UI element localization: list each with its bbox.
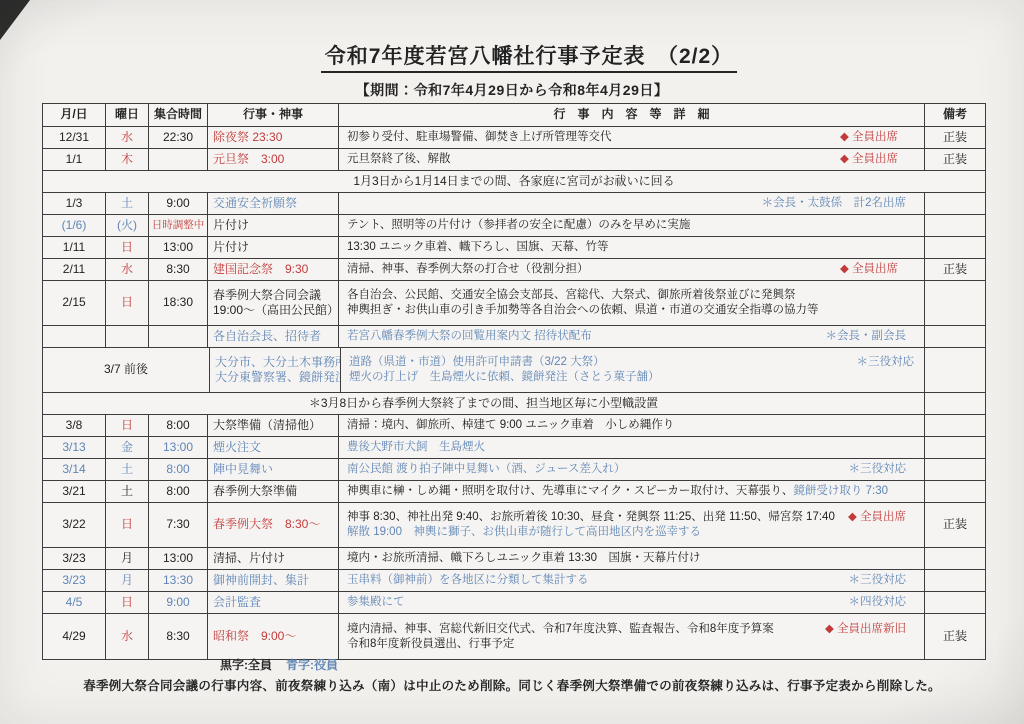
- event-cell: 大祭準備（清掃他）: [208, 415, 339, 436]
- header-day: 曜日: [106, 104, 149, 126]
- detail-text: 玉串料（御神前）を各地区に分類して集計する: [347, 574, 589, 587]
- detail-text: 初参り受付、駐車場警備、御焚き上げ所管理等交代: [347, 131, 612, 144]
- table-row: 3/8 日 8:00 大祭準備（清掃他） 清掃：境内、御旅所、棹建て 9:00 …: [43, 415, 985, 437]
- date-cell: 3/8: [43, 415, 106, 436]
- event-cell: 交通安全祈願祭: [208, 193, 339, 214]
- legend-black-label: 黒字:全員: [220, 658, 272, 672]
- detail-cell: 南公民館 渡り拍子陣中見舞い（酒、ジュース差入れ）＊三役対応: [339, 459, 925, 480]
- detail-text: 南公民館 渡り拍子陣中見舞い（酒、ジュース差入れ）: [347, 463, 625, 476]
- table-row: 4/29 水 8:30 昭和祭 9:00～ 境内清掃、神事、宮総代新旧交代式、令…: [43, 614, 985, 659]
- table-row-span: ＊3月8日から春季例大祭終了までの間、担当地区毎に小型幟設置: [43, 393, 985, 415]
- date-cell: (1/6): [43, 215, 106, 236]
- detail-text-blue: 鏡餅受け取り 7:30: [793, 485, 888, 498]
- date-cell: 3/14: [43, 459, 106, 480]
- date-cell: 3/13: [43, 437, 106, 458]
- table-row: 各自治会長、招待者 若宮八幡春季例大祭の回覧用案内文 招待状配布＊会長・副会長: [43, 326, 985, 348]
- attendance-note: ◆ 全員出席新旧: [825, 623, 924, 636]
- note-cell: [925, 481, 985, 502]
- detail-text: 道路（県道・市道）使用許可申請書（3/22 大祭）: [349, 356, 605, 369]
- table-row: 3/21 土 8:00 春季例大祭準備 神輿車に榊・しめ縄・照明を取付け、先導車…: [43, 481, 985, 503]
- table-row: 2/15 日 18:30 春季例大祭合同会議 19:00～（高田公民館） 各自治…: [43, 281, 985, 326]
- date-cell: 3/21: [43, 481, 106, 502]
- event-cell: 春季例大祭合同会議 19:00～（高田公民館）: [208, 281, 339, 325]
- detail-text: 境内清掃、神事、宮総代新旧交代式、令和7年度決算、監査報告、令和8年度予算案: [347, 623, 774, 636]
- detail-cell: 元旦祭終了後、解散◆ 全員出席: [339, 149, 925, 170]
- detail-cell: 道路（県道・市道）使用許可申請書（3/22 大祭）＊三役対応 煙火の打上げ 生島…: [341, 348, 925, 392]
- time-cell: 8:00: [149, 481, 208, 502]
- event-cell: 片付け: [208, 215, 339, 236]
- table-row: 3/14 土 8:00 陣中見舞い 南公民館 渡り拍子陣中見舞い（酒、ジュース差…: [43, 459, 985, 481]
- role-note: ＊会長・副会長: [826, 330, 917, 343]
- time-cell: 8:30: [149, 259, 208, 280]
- event-line-2: 19:00～（高田公民館）: [213, 304, 339, 317]
- table-row: 4/5 日 9:00 会計監査 参集殿にて＊四役対応: [43, 592, 985, 614]
- footnote: 春季例大祭合同会議の行事内容、前夜祭練り込み（南）は中止のため削除。同じく春季例…: [0, 676, 1024, 694]
- table-row: (1/6) (火) 日時調整中 片付け テント、照明等の片付け（参拝者の安全に配…: [43, 215, 985, 237]
- date-cell: 3/23: [43, 548, 106, 569]
- period-line: 【期間：令和7年4月29日から令和8年4月29日】: [0, 80, 1024, 100]
- role-note: ＊三役対応: [857, 356, 925, 369]
- day-cell: 土: [106, 459, 149, 480]
- note-cell: 正装: [925, 259, 985, 280]
- span-note: ＊3月8日から春季例大祭終了までの間、担当地区毎に小型幟設置: [43, 393, 925, 414]
- table-header-row: 月/日 曜日 集合時間 行事・神事 行 事 内 容 等 詳 細 備考: [43, 104, 985, 127]
- note-cell: [925, 548, 985, 569]
- day-cell: 木: [106, 149, 149, 170]
- time-cell: 22:30: [149, 127, 208, 148]
- table-row: 12/31 水 22:30 除夜祭 23:30 初参り受付、駐車場警備、御焚き上…: [43, 127, 985, 149]
- date-cell: 1/1: [43, 149, 106, 170]
- time-cell: [149, 326, 208, 347]
- detail-line-2: 令和8年度新役員選出、行事予定: [347, 638, 924, 651]
- time-cell: 13:00: [149, 548, 208, 569]
- detail-text: 清掃：境内、御旅所、棹建て 9:00 ユニック車着 小しめ縄作り: [347, 419, 674, 432]
- date-cell: 3/22: [43, 503, 106, 547]
- detail-text: 神輿車に榊・しめ縄・照明を取付け、先導車にマイク・スピーカー取付け、天幕張り、: [347, 485, 793, 498]
- legend-blue-label: 青字:役員: [286, 658, 338, 672]
- detail-cell: 13:30 ユニック車着、幟下ろし、国旗、天幕、竹等: [339, 237, 925, 258]
- day-cell: 日: [106, 592, 149, 613]
- date-cell: 12/31: [43, 127, 106, 148]
- day-cell: 月: [106, 548, 149, 569]
- note-cell: [925, 437, 985, 458]
- note-cell: [925, 215, 985, 236]
- table-row: 3/13 金 13:00 煙火注文 豊後大野市犬飼 生島煙火: [43, 437, 985, 459]
- header-detail: 行 事 内 容 等 詳 細: [339, 104, 925, 126]
- date-cell: 3/23: [43, 570, 106, 591]
- note-cell: [925, 415, 985, 436]
- event-cell: 陣中見舞い: [208, 459, 339, 480]
- date-cell: 2/11: [43, 259, 106, 280]
- day-cell: 水: [106, 259, 149, 280]
- day-cell: 土: [106, 193, 149, 214]
- detail-line-1: 各自治会、公民館、交通安全協会支部長、宮総代、大祭式、御旅所着後祭並びに発興祭: [347, 289, 924, 302]
- event-cell: 清掃、片付け: [208, 548, 339, 569]
- date-cell: [43, 326, 106, 347]
- day-cell: (火): [106, 215, 149, 236]
- detail-line-1: 道路（県道・市道）使用許可申請書（3/22 大祭）＊三役対応: [349, 356, 924, 369]
- time-cell: 9:00: [149, 592, 208, 613]
- event-cell: 御神前開封、集計: [208, 570, 339, 591]
- date-cell: 1/3: [43, 193, 106, 214]
- day-cell: 月: [106, 570, 149, 591]
- time-cell: 9:00: [149, 193, 208, 214]
- day-cell: 水: [106, 127, 149, 148]
- table-row: 1/3 土 9:00 交通安全祈願祭 ＊会長・太鼓係 計2名出席: [43, 193, 985, 215]
- page-title: 令和7年度若宮八幡社行事予定表 （2/2）: [0, 40, 1024, 70]
- event-cell: 会計監査: [208, 592, 339, 613]
- span-note: 1月3日から1月14日までの間、各家庭に宮司がお祓いに回る: [43, 171, 985, 192]
- detail-text: 豊後大野市犬飼 生島煙火: [347, 441, 485, 454]
- detail-text: 若宮八幡春季例大祭の回覧用案内文 招待状配布: [347, 330, 592, 343]
- day-cell: 日: [106, 503, 149, 547]
- note-cell: [925, 459, 985, 480]
- event-cell: 春季例大祭準備: [208, 481, 339, 502]
- detail-cell: 清掃、神事、春季例大祭の打合せ（役割分担）◆ 全員出席: [339, 259, 925, 280]
- role-note: ＊四役対応: [849, 596, 917, 609]
- time-cell: 13:00: [149, 437, 208, 458]
- note-cell: [925, 393, 985, 414]
- note-cell: [925, 193, 985, 214]
- time-cell: 18:30: [149, 281, 208, 325]
- event-line-1: 春季例大祭合同会議: [213, 289, 321, 302]
- day-cell: 日: [106, 415, 149, 436]
- date-cell: 2/15: [43, 281, 106, 325]
- time-cell: 8:00: [149, 415, 208, 436]
- time-cell: 13:30: [149, 570, 208, 591]
- detail-cell: ＊会長・太鼓係 計2名出席: [339, 193, 925, 214]
- time-cell: 13:00: [149, 237, 208, 258]
- date-cell: 4/5: [43, 592, 106, 613]
- detail-cell: 境内・お旅所清掃、幟下ろしユニック車着 13:30 国旗・天幕片付け: [339, 548, 925, 569]
- event-cell: 大分市、大分土木事務所 大分東警察署、鏡餅発注: [210, 348, 341, 392]
- note-cell: [925, 326, 985, 347]
- detail-cell: テント、照明等の片付け（参拝者の安全に配慮）のみを早めに実施: [339, 215, 925, 236]
- attendance-note: ◆ 全員出席: [840, 263, 916, 276]
- detail-line-1: 境内清掃、神事、宮総代新旧交代式、令和7年度決算、監査報告、令和8年度予算案◆ …: [347, 623, 924, 636]
- detail-cell: 若宮八幡春季例大祭の回覧用案内文 招待状配布＊会長・副会長: [339, 326, 925, 347]
- detail-cell: 豊後大野市犬飼 生島煙火: [339, 437, 925, 458]
- table-row: 2/11 水 8:30 建国記念祭 9:30 清掃、神事、春季例大祭の打合せ（役…: [43, 259, 985, 281]
- detail-cell: 境内清掃、神事、宮総代新旧交代式、令和7年度決算、監査報告、令和8年度予算案◆ …: [339, 614, 925, 659]
- day-cell: 水: [106, 614, 149, 659]
- time-cell: 7:30: [149, 503, 208, 547]
- day-cell: 日: [106, 281, 149, 325]
- event-schedule-table: 月/日 曜日 集合時間 行事・神事 行 事 内 容 等 詳 細 備考 12/31…: [42, 103, 986, 660]
- role-note: ＊三役対応: [849, 574, 917, 587]
- date-cell: 1/11: [43, 237, 106, 258]
- date-cell: 3/7 前後: [43, 348, 210, 392]
- event-cell: 建国記念祭 9:30: [208, 259, 339, 280]
- detail-line-1: 神事 8:30、神社出発 9:40、お旅所着後 10:30、昼食・発興祭 11:…: [347, 511, 924, 524]
- detail-text: 参集殿にて: [347, 596, 405, 609]
- detail-text: 神事 8:30、神社出発 9:40、お旅所着後 10:30、昼食・発興祭 11:…: [347, 511, 835, 524]
- detail-line-2: 神輿担ぎ・お供山車の引き手加勢等各自治会への依頼、県道・市道の交通安全指導の協力…: [347, 304, 924, 317]
- event-cell: 春季例大祭 8:30～: [208, 503, 339, 547]
- event-cell: 煙火注文: [208, 437, 339, 458]
- note-cell: [925, 592, 985, 613]
- table-row-span: 1月3日から1月14日までの間、各家庭に宮司がお祓いに回る: [43, 171, 985, 193]
- event-cell: 各自治会長、招待者: [208, 326, 339, 347]
- scanned-schedule-sheet: 令和7年度若宮八幡社行事予定表 （2/2） 【期間：令和7年4月29日から令和8…: [0, 0, 1024, 724]
- page-number: （2/2）: [667, 45, 733, 68]
- table-row: 3/22 日 7:30 春季例大祭 8:30～ 神事 8:30、神社出発 9:4…: [43, 503, 985, 548]
- note-cell: [925, 348, 985, 392]
- table-row: 1/1 木 元旦祭 3:00 元旦祭終了後、解散◆ 全員出席 正装: [43, 149, 985, 171]
- attendance-note: ◆ 全員出席: [848, 511, 924, 524]
- header-event: 行事・神事: [208, 104, 339, 126]
- day-cell: 日: [106, 237, 149, 258]
- detail-cell: 各自治会、公民館、交通安全協会支部長、宮総代、大祭式、御旅所着後祭並びに発興祭 …: [339, 281, 925, 325]
- header-time: 集合時間: [149, 104, 208, 126]
- detail-cell: 神事 8:30、神社出発 9:40、お旅所着後 10:30、昼食・発興祭 11:…: [339, 503, 925, 547]
- detail-line-2: 煙火の打上げ 生島煙火に依頼、鏡餅発注（さとう菓子舗）: [349, 371, 924, 384]
- event-line-1: 大分市、大分土木事務所: [215, 356, 341, 369]
- table-row: 3/7 前後 大分市、大分土木事務所 大分東警察署、鏡餅発注 道路（県道・市道）…: [43, 348, 985, 393]
- attendance-note: ◆ 全員出席: [840, 131, 916, 144]
- time-cell: [149, 149, 208, 170]
- detail-text: テント、照明等の片付け（参拝者の安全に配慮）のみを早めに実施: [347, 219, 690, 232]
- note-cell: [925, 281, 985, 325]
- detail-cell: 清掃：境内、御旅所、棹建て 9:00 ユニック車着 小しめ縄作り: [339, 415, 925, 436]
- note-cell: [925, 237, 985, 258]
- event-cell: 昭和祭 9:00～: [208, 614, 339, 659]
- day-cell: [106, 326, 149, 347]
- event-line-2: 大分東警察署、鏡餅発注: [215, 371, 341, 384]
- detail-text: 境内・お旅所清掃、幟下ろしユニック車着 13:30 国旗・天幕片付け: [347, 552, 701, 565]
- detail-text: 13:30 ユニック車着、幟下ろし、国旗、天幕、竹等: [347, 241, 609, 254]
- date-cell: 4/29: [43, 614, 106, 659]
- color-legend: 黒字:全員青字:役員: [220, 656, 338, 673]
- header-date: 月/日: [43, 104, 106, 126]
- time-cell: 8:00: [149, 459, 208, 480]
- event-cell: 除夜祭 23:30: [208, 127, 339, 148]
- role-note: ＊三役対応: [849, 463, 917, 476]
- detail-text: 清掃、神事、春季例大祭の打合せ（役割分担）: [347, 263, 589, 276]
- note-cell: 正装: [925, 149, 985, 170]
- event-cell: 元旦祭 3:00: [208, 149, 339, 170]
- table-row: 1/11 日 13:00 片付け 13:30 ユニック車着、幟下ろし、国旗、天幕…: [43, 237, 985, 259]
- note-cell: [925, 570, 985, 591]
- header-note: 備考: [925, 104, 985, 126]
- scan-corner-artifact: [0, 0, 30, 40]
- detail-cell: 神輿車に榊・しめ縄・照明を取付け、先導車にマイク・スピーカー取付け、天幕張り、鏡…: [339, 481, 925, 502]
- day-cell: 土: [106, 481, 149, 502]
- note-cell: 正装: [925, 614, 985, 659]
- detail-cell: 参集殿にて＊四役対応: [339, 592, 925, 613]
- event-cell: 片付け: [208, 237, 339, 258]
- day-cell: 金: [106, 437, 149, 458]
- detail-cell: 初参り受付、駐車場警備、御焚き上げ所管理等交代◆ 全員出席: [339, 127, 925, 148]
- note-cell: 正装: [925, 127, 985, 148]
- note-cell: 正装: [925, 503, 985, 547]
- table-row: 3/23 月 13:30 御神前開封、集計 玉串料（御神前）を各地区に分類して集…: [43, 570, 985, 592]
- page-title-text: 令和7年度若宮八幡社行事予定表: [325, 45, 646, 68]
- detail-cell: 玉串料（御神前）を各地区に分類して集計する＊三役対応: [339, 570, 925, 591]
- role-note: ＊会長・太鼓係 計2名出席: [762, 197, 916, 210]
- time-cell: 日時調整中: [149, 215, 208, 236]
- table-row: 3/23 月 13:00 清掃、片付け 境内・お旅所清掃、幟下ろしユニック車着 …: [43, 548, 985, 570]
- detail-line-2: 解散 19:00 神輿に獅子、お供山車が随行して高田地区内を巡幸する: [347, 526, 924, 539]
- time-cell: 8:30: [149, 614, 208, 659]
- attendance-note: ◆ 全員出席: [840, 153, 916, 166]
- detail-text: 元旦祭終了後、解散: [347, 153, 451, 166]
